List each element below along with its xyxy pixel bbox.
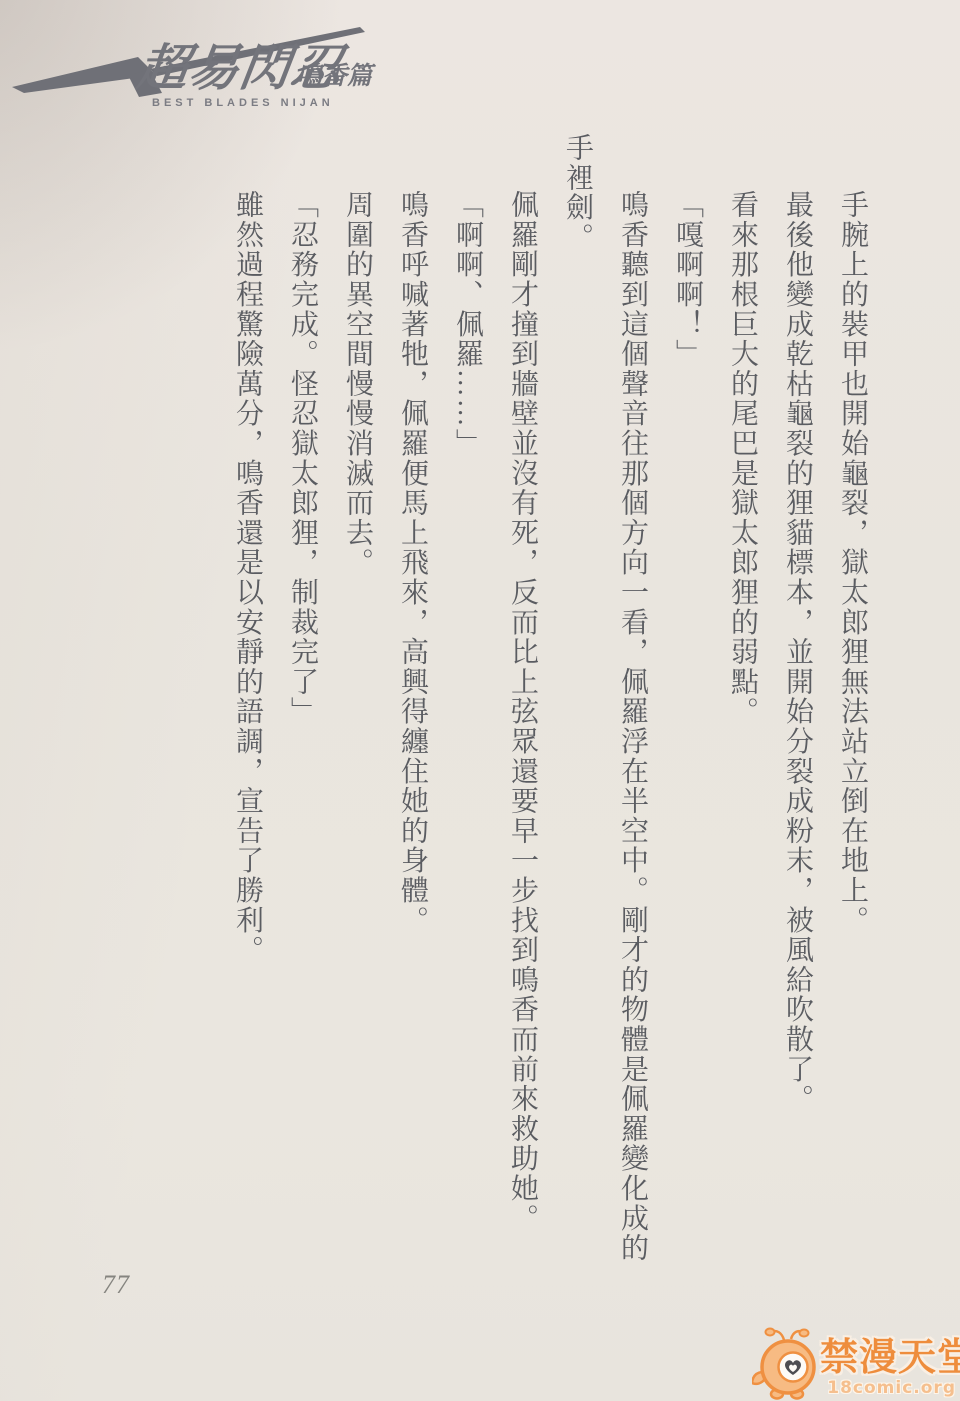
paragraph: 手腕上的裝甲也開始龜裂，獄太郎狸無法站立倒在地上。 — [825, 133, 880, 1273]
watermark-site-name: 禁漫天堂 — [820, 1338, 960, 1376]
logo-english-caption: BEST BLADES NIJAN — [152, 97, 334, 109]
paragraph: 最後他變成乾枯龜裂的狸貓標本，並開始分裂成粉末，被風給吹散了。 — [770, 133, 825, 1273]
orange-mascot-icon — [752, 1326, 824, 1401]
paragraph: 佩羅剛才撞到牆壁並沒有死，反而比上弦眾還要早一步找到鳴香而前來救助她。 — [495, 133, 550, 1273]
novel-text-block: 手腕上的裝甲也開始龜裂，獄太郎狸無法站立倒在地上。 最後他變成乾枯龜裂的狸貓標本… — [190, 133, 880, 1273]
paragraph: 「啊啊、佩羅……」 — [440, 133, 495, 1273]
paragraph: 鳴香聽到這個聲音往那個方向一看，佩羅浮在半空中。剛才的物體是佩羅變化成的手裡劍。 — [550, 133, 660, 1273]
site-watermark: 禁漫天堂 18comic.org — [752, 1326, 960, 1401]
paragraph: 看來那根巨大的尾巴是獄太郎狸的弱點。 — [715, 133, 770, 1273]
paragraph: 雖然過程驚險萬分，鳴香還是以安靜的語調，宣告了勝利。 — [220, 133, 275, 1273]
book-page: 超易閃忍 鳴香篇 BEST BLADES NIJAN 手腕上的裝甲也開始龜裂，獄… — [0, 0, 960, 1401]
paragraph: 「嘎啊啊！」 — [660, 133, 715, 1273]
watermark-site-url: 18comic.org — [827, 1380, 956, 1397]
paragraph: 鳴香呼喊著牠，佩羅便馬上飛來，高興得纏住她的身體。 — [385, 133, 440, 1273]
series-logo: 超易閃忍 鳴香篇 BEST BLADES NIJAN — [10, 25, 390, 125]
paragraph: 「忍務完成。怪忍獄太郎狸，制裁完了」 — [275, 133, 330, 1273]
logo-subtitle: 鳴香篇 — [297, 64, 372, 89]
paragraph: 周圍的異空間慢慢消滅而去。 — [330, 133, 385, 1273]
page-number: 77 — [102, 1270, 130, 1300]
